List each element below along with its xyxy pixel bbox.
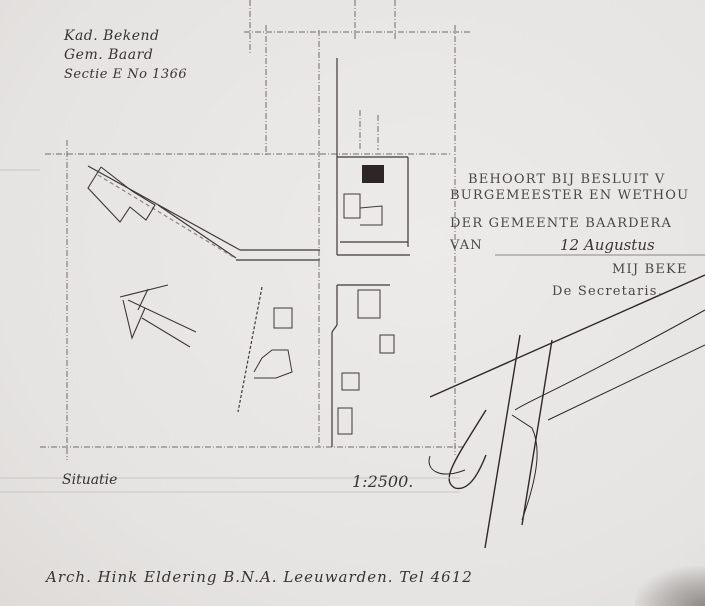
bleed-through (0, 170, 460, 492)
subject-building (362, 165, 384, 183)
architect-credit: Arch. Hink Eldering B.N.A. Leeuwarden. T… (46, 568, 473, 586)
cadastral-line-1: Kad. Bekend (64, 27, 160, 46)
stamp-date: 12 Augustus (560, 236, 655, 254)
stamp-line-1: BEHOORT BIJ BESLUIT V (468, 172, 665, 187)
stamp-line-4-prefix: VAN (450, 238, 483, 253)
scan-shadow (635, 566, 705, 606)
drawing-scale: 1:2500. (352, 472, 413, 491)
drawing-title: Situatie (62, 472, 117, 488)
cadastral-line-3: Sectie E No 1366 (64, 65, 187, 84)
cadastral-line-2: Gem. Baard (64, 46, 153, 65)
stamp-line-3: DER GEMEENTE BAARDERA (450, 216, 672, 231)
buildings (254, 194, 394, 434)
stamp-line-2: BURGEMEESTER EN WETHOU (450, 188, 689, 203)
stamp-secretary: De Secretaris, (552, 284, 663, 299)
stamp-line-5: MIJ BEKE (612, 262, 688, 277)
site-plan-drawing (0, 0, 705, 606)
north-arrow-icon (120, 285, 196, 347)
streets (88, 58, 410, 447)
signature (429, 275, 705, 548)
